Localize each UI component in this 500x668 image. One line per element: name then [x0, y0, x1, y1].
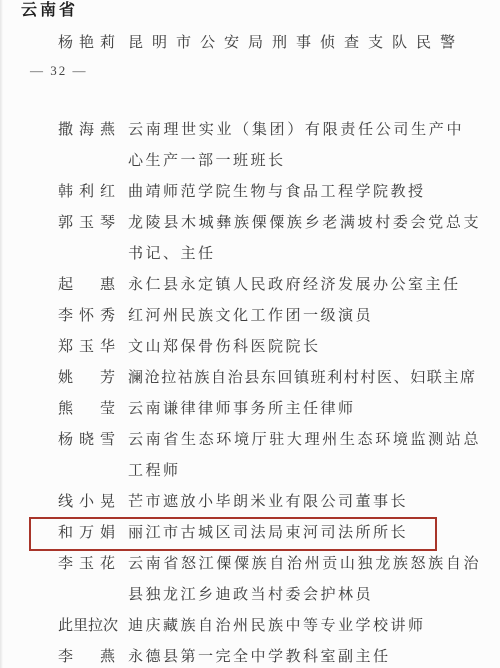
person-name: 姚 芳 [58, 363, 115, 394]
list-entry: 韩利红曲靖师范学院生物与食品工程学院教授 [0, 177, 500, 208]
person-name: 郭玉琴 [58, 208, 115, 239]
person-title: 曲靖师范学院生物与食品工程学院教授 [128, 177, 481, 208]
list-entry: 李 燕永德县第一完全中学教科室副主任 [0, 642, 500, 668]
person-name: 李怀秀 [58, 301, 115, 332]
list-entry: 姚 芳澜沧拉祜族自治县东回镇班利村村医、妇联主席 [0, 363, 500, 394]
award-list: 撒海燕云南理世实业（集团）有限责任公司生产中心生产一部一班班长韩利红曲靖师范学院… [0, 115, 500, 668]
document-page: 云南省 杨艳莉 昆明市公安局刑事侦查支队民警 — 32 — 撒海燕云南理世实业（… [0, 0, 500, 668]
list-entry: 郭玉琴龙陵县木城彝族傈僳族乡老满坡村委会党总支书记、主任 [0, 208, 500, 270]
person-name: 线小晃 [58, 487, 115, 518]
person-title: 云南省生态环境厅驻大理州生态环境监测站总工程师 [128, 425, 481, 487]
list-entry: 线小晃芒市遮放小毕朗米业有限公司董事长 [0, 487, 500, 518]
person-title: 永仁县永定镇人民政府经济发展办公室主任 [128, 270, 481, 301]
person-title: 云南谦律律师事务所主任律师 [128, 394, 481, 425]
list-entry: 李怀秀红河州民族文化工作团一级演员 [0, 301, 500, 332]
person-name: 撒海燕 [58, 115, 115, 146]
list-entry: 撒海燕云南理世实业（集团）有限责任公司生产中心生产一部一班班长 [0, 115, 500, 177]
page-number: — 32 — [30, 64, 88, 78]
list-entry: 杨艳莉 昆明市公安局刑事侦查支队民警 [0, 28, 500, 59]
list-entry: 此里拉次迪庆藏族自治州民族中等专业学校讲师 [0, 611, 500, 642]
province-heading: 云南省 [21, 2, 78, 20]
list-entry: 郑玉华文山郑保骨伤科医院院长 [0, 332, 500, 363]
list-entry: 和万娟丽江市古城区司法局束河司法所所长 [0, 518, 500, 549]
list-entry: 李玉花云南省怒江傈僳族自治州贡山独龙族怒族自治县独龙江乡迪政当村委会护林员 [0, 549, 500, 611]
person-title: 文山郑保骨伤科医院院长 [128, 332, 481, 363]
person-title: 澜沧拉祜族自治县东回镇班利村村医、妇联主席 [128, 363, 481, 394]
person-name: 杨艳莉 [58, 28, 115, 59]
person-title: 芒市遮放小毕朗米业有限公司董事长 [128, 487, 481, 518]
person-name: 郑玉华 [58, 332, 115, 363]
person-title: 迪庆藏族自治州民族中等专业学校讲师 [128, 611, 481, 642]
person-title: 云南理世实业（集团）有限责任公司生产中心生产一部一班班长 [128, 115, 464, 177]
list-entry: 起 惠永仁县永定镇人民政府经济发展办公室主任 [0, 270, 500, 301]
person-name: 李玉花 [58, 549, 115, 580]
person-title: 昆明市公安局刑事侦查支队民警 [128, 28, 481, 59]
person-title: 龙陵县木城彝族傈僳族乡老满坡村委会党总支书记、主任 [128, 208, 481, 270]
person-name: 熊 莹 [58, 394, 115, 425]
person-name: 和万娟 [58, 518, 115, 549]
list-entry: 杨晓雪云南省生态环境厅驻大理州生态环境监测站总工程师 [0, 425, 500, 487]
person-name: 李 燕 [58, 642, 115, 668]
person-name: 韩利红 [58, 177, 115, 208]
person-title: 红河州民族文化工作团一级演员 [128, 301, 481, 332]
person-name: 此里拉次 [58, 611, 115, 642]
person-title: 云南省怒江傈僳族自治州贡山独龙族怒族自治县独龙江乡迪政当村委会护林员 [128, 549, 481, 611]
list-entry: 熊 莹云南谦律律师事务所主任律师 [0, 394, 500, 425]
person-name: 杨晓雪 [58, 425, 115, 456]
person-title: 永德县第一完全中学教科室副主任 [128, 642, 481, 668]
person-title: 丽江市古城区司法局束河司法所所长 [128, 518, 481, 549]
person-name: 起 惠 [58, 270, 115, 301]
